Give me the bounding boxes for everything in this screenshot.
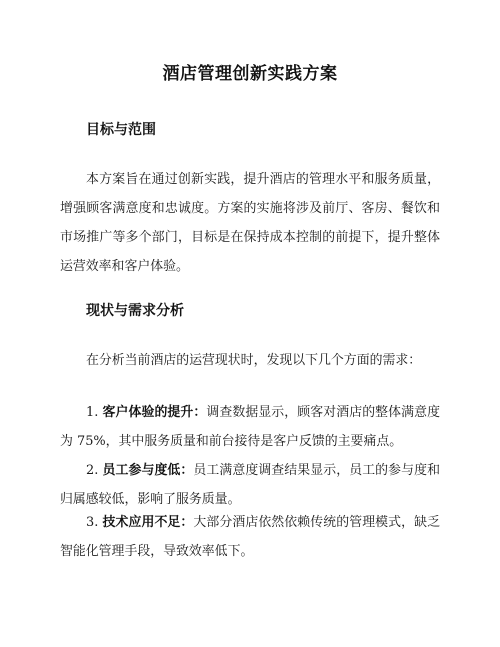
list-item-label: 技术应用不足： [103,515,194,530]
list-item-number: 2. [86,463,98,478]
list-item-customer-experience: 1. 客户体验的提升：调查数据显示，顾客对酒店的整体满意度为 75%，其中服务质… [60,398,440,456]
section-heading-goals-scope: 目标与范围 [86,120,156,140]
list-item-employee-engagement: 2. 员工参与度低：员工满意度调查结果显示，员工的参与度和归属感较低，影响了服务… [60,456,440,514]
list-item-number: 3. [86,515,98,530]
document-page: 酒店管理创新实践方案 目标与范围 本方案旨在通过创新实践，提升酒店的管理水平和服… [0,0,500,647]
section-intro-status-analysis: 在分析当前酒店的运营现状时，发现以下几个方面的需求： [60,346,440,375]
section-paragraph-goals-scope: 本方案旨在通过创新实践，提升酒店的管理水平和服务质量，增强顾客满意度和忠诚度。方… [60,165,440,281]
list-item-number: 1. [86,405,98,420]
list-item-label: 员工参与度低： [103,463,194,478]
document-title: 酒店管理创新实践方案 [0,62,500,86]
list-item-technology-application: 3. 技术应用不足：大部分酒店依然依赖传统的管理模式，缺乏智能化管理手段，导致效… [60,508,440,566]
list-item-label: 客户体验的提升： [103,405,207,420]
section-heading-status-analysis: 现状与需求分析 [86,301,184,321]
